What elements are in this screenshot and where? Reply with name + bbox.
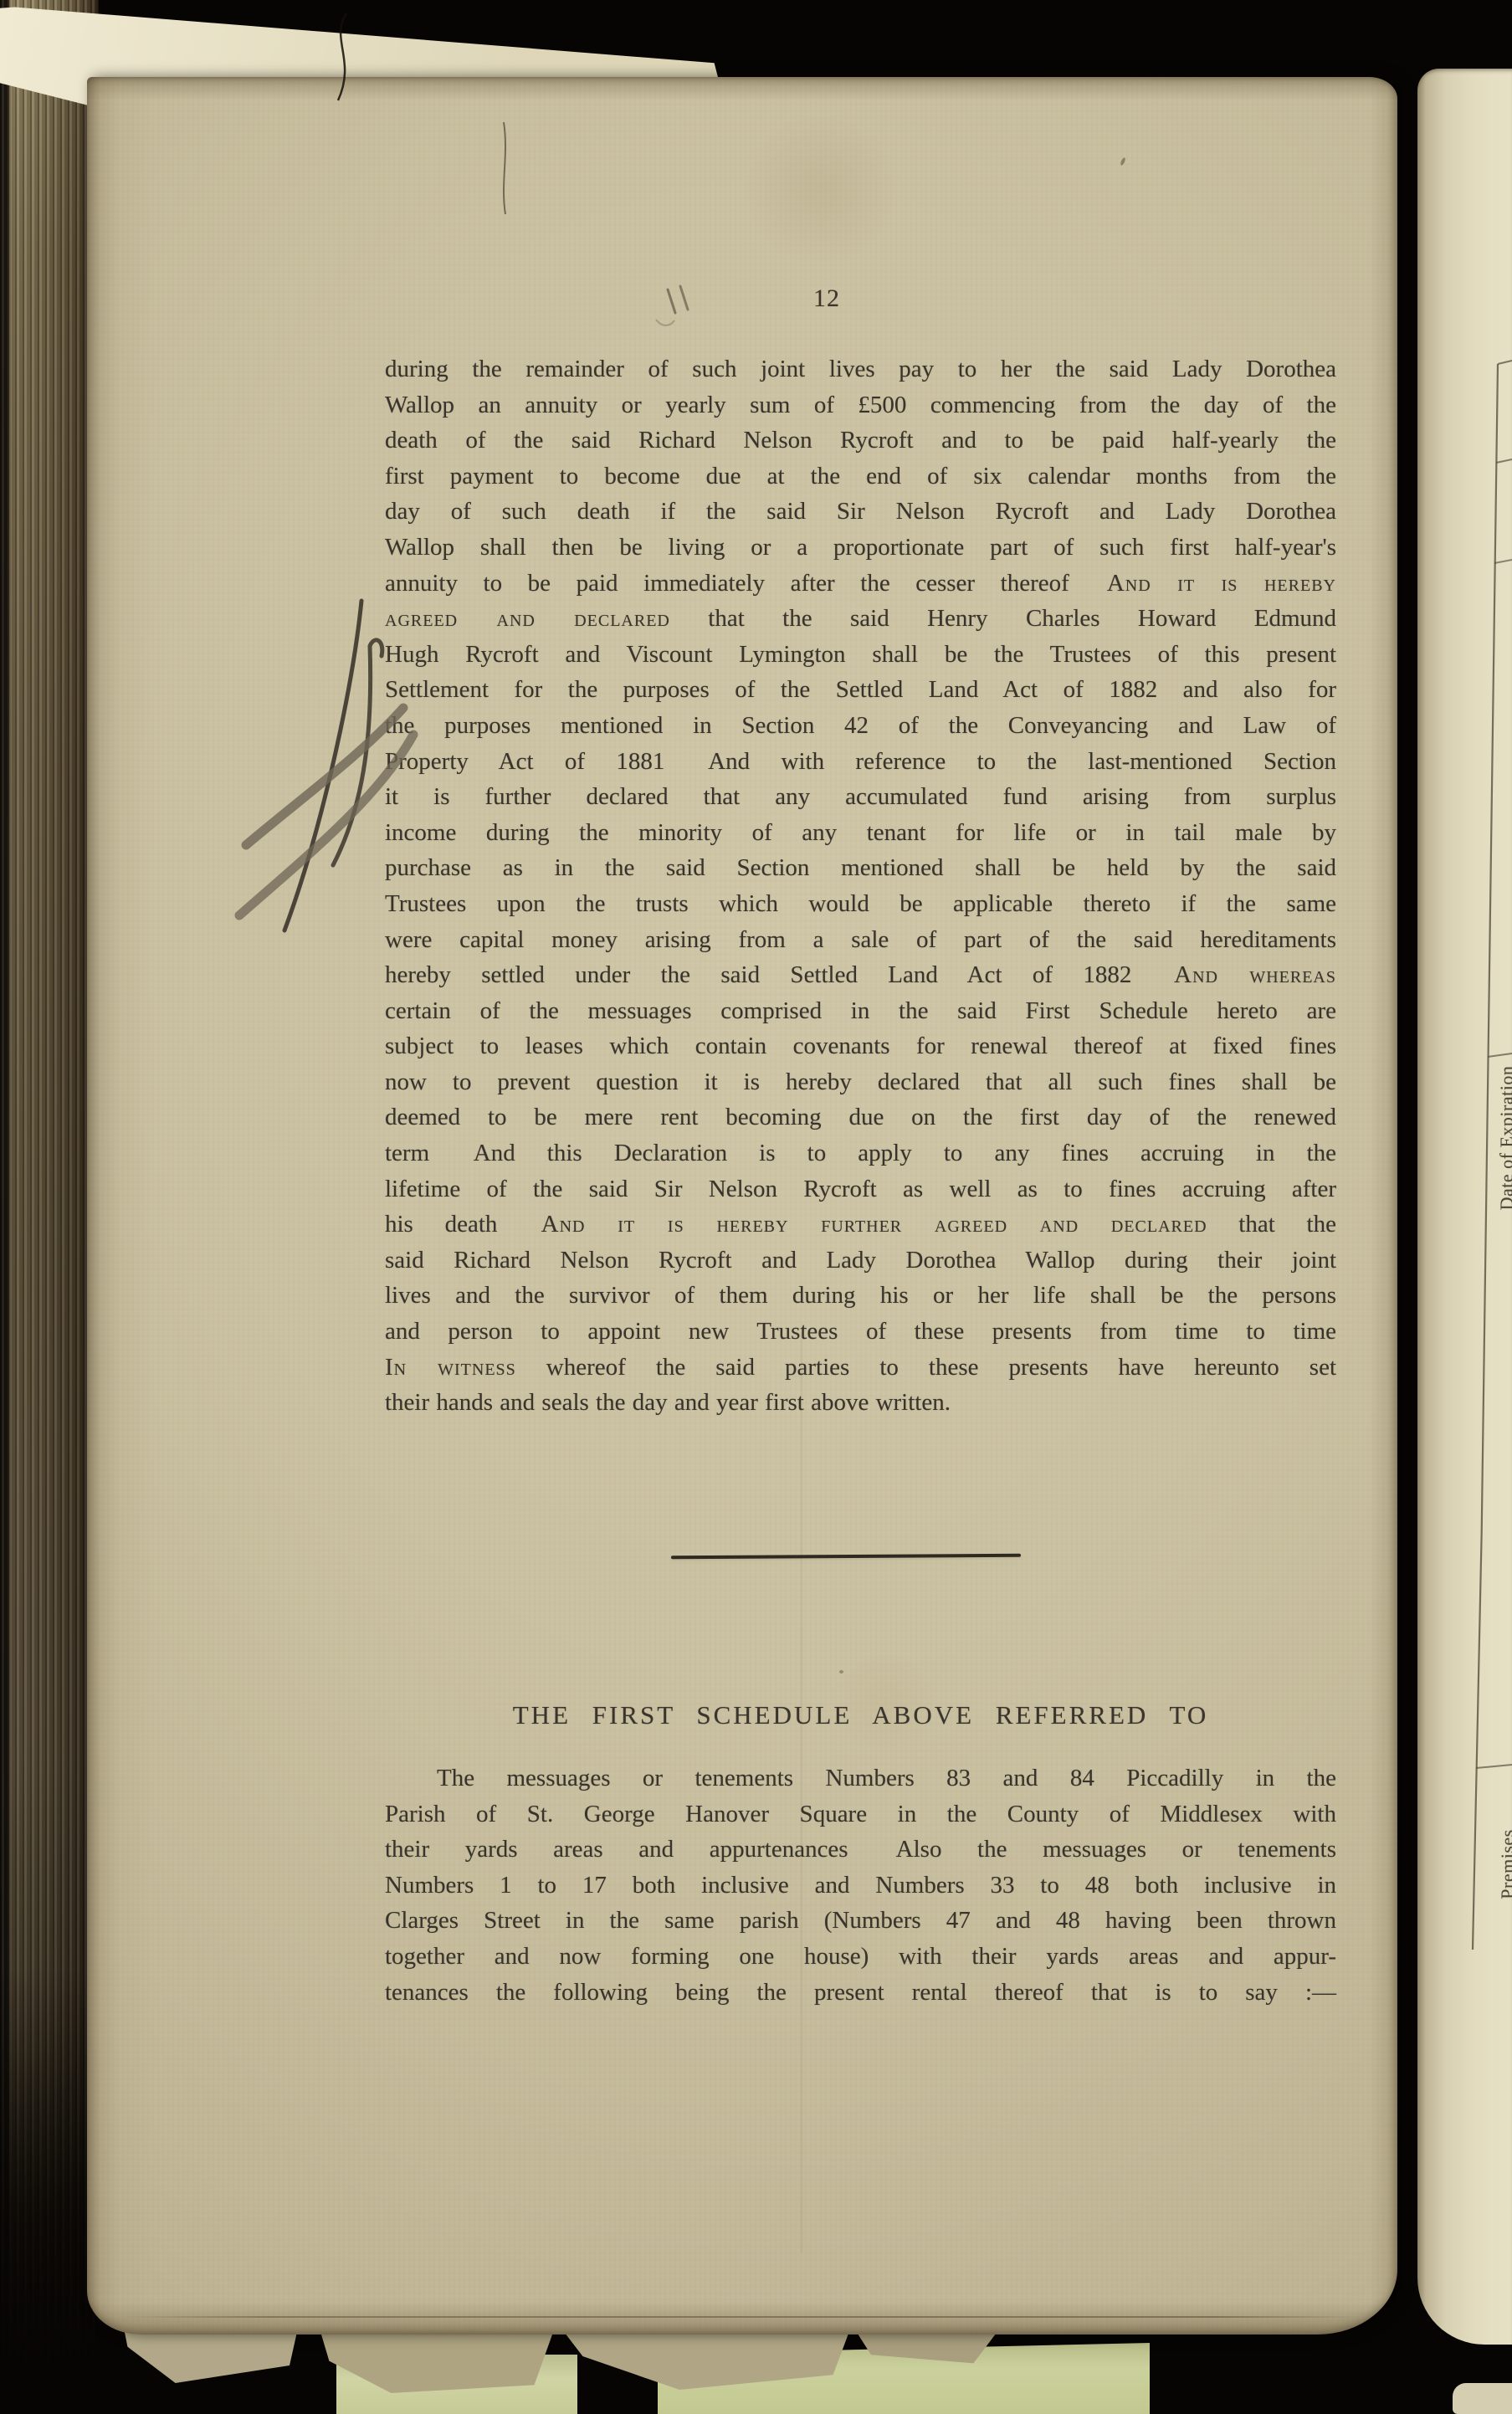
- stray-fiber: [321, 12, 372, 104]
- text-line: his death And it is hereby further agree…: [385, 1207, 1336, 1243]
- paper-speck: [839, 1670, 843, 1673]
- text-run: death of the said Richard Nelson Rycroft…: [385, 427, 1336, 454]
- text-run: certain of the messuages comprised in th…: [385, 997, 1336, 1024]
- text-line: the purposes mentioned in Section 42 of …: [385, 708, 1336, 744]
- book-photo: 12 during the remainder of such joint li…: [0, 0, 1512, 2414]
- text-run: and person to appoint new Trustees of th…: [385, 1318, 1336, 1345]
- text-run: their yards areas and appurtenances Also…: [385, 1836, 1336, 1863]
- text-line: subject to leases which contain covenant…: [385, 1028, 1336, 1064]
- text-run: the purposes mentioned in Section 42 of …: [385, 712, 1336, 739]
- text-run: term And this Declaration is to apply to…: [385, 1140, 1336, 1166]
- text-run: annuity to be paid immediately after the…: [385, 570, 1107, 597]
- text-line: Hugh Rycroft and Viscount Lymington shal…: [385, 637, 1336, 673]
- text-run: subject to leases which contain covenant…: [385, 1033, 1336, 1059]
- text-run: that the said Henry Charles Howard Edmun…: [670, 605, 1336, 632]
- text-run: during the remainder of such joint lives…: [385, 356, 1336, 382]
- text-line: term And this Declaration is to apply to…: [385, 1135, 1336, 1171]
- text-line: Wallop shall then be living or a proport…: [385, 530, 1336, 566]
- book-page: 12 during the remainder of such joint li…: [87, 77, 1397, 2335]
- text-run: together and now forming one house) with…: [385, 1943, 1336, 1970]
- small-caps-phrase: And it is hereby further agreed and decl…: [541, 1211, 1207, 1238]
- text-line: Trustees upon the trusts which would be …: [385, 886, 1336, 922]
- text-line: certain of the messuages comprised in th…: [385, 993, 1336, 1029]
- text-line: lives and the survivor of them during hi…: [385, 1278, 1336, 1314]
- small-caps-phrase: In witness: [385, 1354, 516, 1381]
- text-run: first payment to become due at the end o…: [385, 463, 1336, 489]
- page-fragment-bottom-right: [1453, 2383, 1512, 2414]
- text-run: deemed to be mere rent becoming due on t…: [385, 1104, 1336, 1130]
- text-run: Trustees upon the trusts which would be …: [385, 890, 1336, 917]
- text-run: now to prevent question it is hereby dec…: [385, 1069, 1336, 1095]
- text-line: during the remainder of such joint lives…: [385, 351, 1336, 387]
- text-run: that the: [1207, 1211, 1336, 1238]
- text-line: Wallop an annuity or yearly sum of £500 …: [385, 387, 1336, 423]
- text-run: Property Act of 1881 And with reference …: [385, 748, 1336, 775]
- text-line: Parish of St. George Hanover Square in t…: [385, 1796, 1336, 1832]
- text-line: Property Act of 1881 And with reference …: [385, 744, 1336, 780]
- text-line: now to prevent question it is hereby dec…: [385, 1064, 1336, 1100]
- text-line: tenances the following being the present…: [385, 1975, 1336, 2011]
- text-run: Hugh Rycroft and Viscount Lymington shal…: [385, 641, 1336, 668]
- text-line: lifetime of the said Sir Nelson Rycroft …: [385, 1171, 1336, 1207]
- text-run: Wallop shall then be living or a proport…: [385, 534, 1336, 561]
- text-line: were capital money arising from a sale o…: [385, 922, 1336, 958]
- text-line: purchase as in the said Section mentione…: [385, 850, 1336, 886]
- text-run: it is further declared that any accumula…: [385, 783, 1336, 810]
- text-line: agreed and declared that the said Henry …: [385, 601, 1336, 637]
- text-line: together and now forming one house) with…: [385, 1939, 1336, 1975]
- text-run: his death: [385, 1211, 541, 1238]
- ink-marks: [653, 283, 703, 333]
- paper-speck: [1120, 157, 1126, 167]
- text-line: income during the minority of any tenant…: [385, 815, 1336, 851]
- next-page-edge: Date of Expiration Premises: [1417, 69, 1512, 2345]
- text-line: Clarges Street in the same parish (Numbe…: [385, 1903, 1336, 1939]
- text-line: deemed to be mere rent becoming due on t…: [385, 1099, 1336, 1135]
- stray-fiber: [497, 122, 514, 216]
- text-line: hereby settled under the said Settled La…: [385, 957, 1336, 993]
- small-caps-phrase: And it is hereby: [1107, 570, 1336, 597]
- text-run: Numbers 1 to 17 both inclusive and Numbe…: [385, 1872, 1336, 1899]
- text-line: it is further declared that any accumula…: [385, 779, 1336, 815]
- text-line: their hands and seals the day and year f…: [385, 1385, 1336, 1421]
- page-number: 12: [787, 284, 867, 312]
- text-run: tenances the following being the present…: [385, 1979, 1336, 2006]
- text-run: The messuages or tenements Numbers 83 an…: [437, 1765, 1336, 1791]
- table-column-label: Premises: [1497, 1829, 1512, 1899]
- deed-paragraph: during the remainder of such joint lives…: [385, 351, 1336, 1421]
- text-run: purchase as in the said Section mentione…: [385, 854, 1336, 881]
- table-column-label: Date of Expiration: [1496, 1066, 1512, 1211]
- text-run: Clarges Street in the same parish (Numbe…: [385, 1907, 1336, 1934]
- text-line: annuity to be paid immediately after the…: [385, 566, 1336, 602]
- section-divider-rule: [671, 1554, 1021, 1560]
- text-line: death of the said Richard Nelson Rycroft…: [385, 423, 1336, 459]
- text-run: income during the minority of any tenant…: [385, 819, 1336, 846]
- text-line: first payment to become due at the end o…: [385, 459, 1336, 495]
- text-run: hereby settled under the said Settled La…: [385, 961, 1174, 988]
- text-run: lives and the survivor of them during hi…: [385, 1282, 1336, 1309]
- text-run: said Richard Nelson Rycroft and Lady Dor…: [385, 1247, 1336, 1274]
- text-line: said Richard Nelson Rycroft and Lady Dor…: [385, 1243, 1336, 1279]
- small-caps-phrase: And whereas: [1174, 961, 1336, 988]
- text-line: their yards areas and appurtenances Also…: [385, 1832, 1336, 1868]
- text-run: were capital money arising from a sale o…: [385, 926, 1336, 953]
- text-line: Numbers 1 to 17 both inclusive and Numbe…: [385, 1868, 1336, 1904]
- text-line: In witness whereof the said parties to t…: [385, 1350, 1336, 1386]
- text-line: Settlement for the purposes of the Settl…: [385, 672, 1336, 708]
- text-run: day of such death if the said Sir Nelson…: [385, 498, 1336, 525]
- handwritten-hash-mark: [197, 576, 440, 977]
- text-run: their hands and seals the day and year f…: [385, 1389, 951, 1416]
- text-run: Wallop an annuity or yearly sum of £500 …: [385, 392, 1336, 418]
- schedule-heading: THE FIRST SCHEDULE ABOVE REFERRED TO: [385, 1700, 1336, 1730]
- text-line: day of such death if the said Sir Nelson…: [385, 494, 1336, 530]
- text-run: Settlement for the purposes of the Settl…: [385, 676, 1336, 703]
- text-run: Parish of St. George Hanover Square in t…: [385, 1801, 1336, 1827]
- text-line: The messuages or tenements Numbers 83 an…: [385, 1761, 1336, 1796]
- text-run: whereof the said parties to these presen…: [516, 1354, 1336, 1381]
- text-line: and person to appoint new Trustees of th…: [385, 1314, 1336, 1350]
- schedule-paragraph: The messuages or tenements Numbers 83 an…: [385, 1761, 1336, 2010]
- text-run: lifetime of the said Sir Nelson Rycroft …: [385, 1176, 1336, 1202]
